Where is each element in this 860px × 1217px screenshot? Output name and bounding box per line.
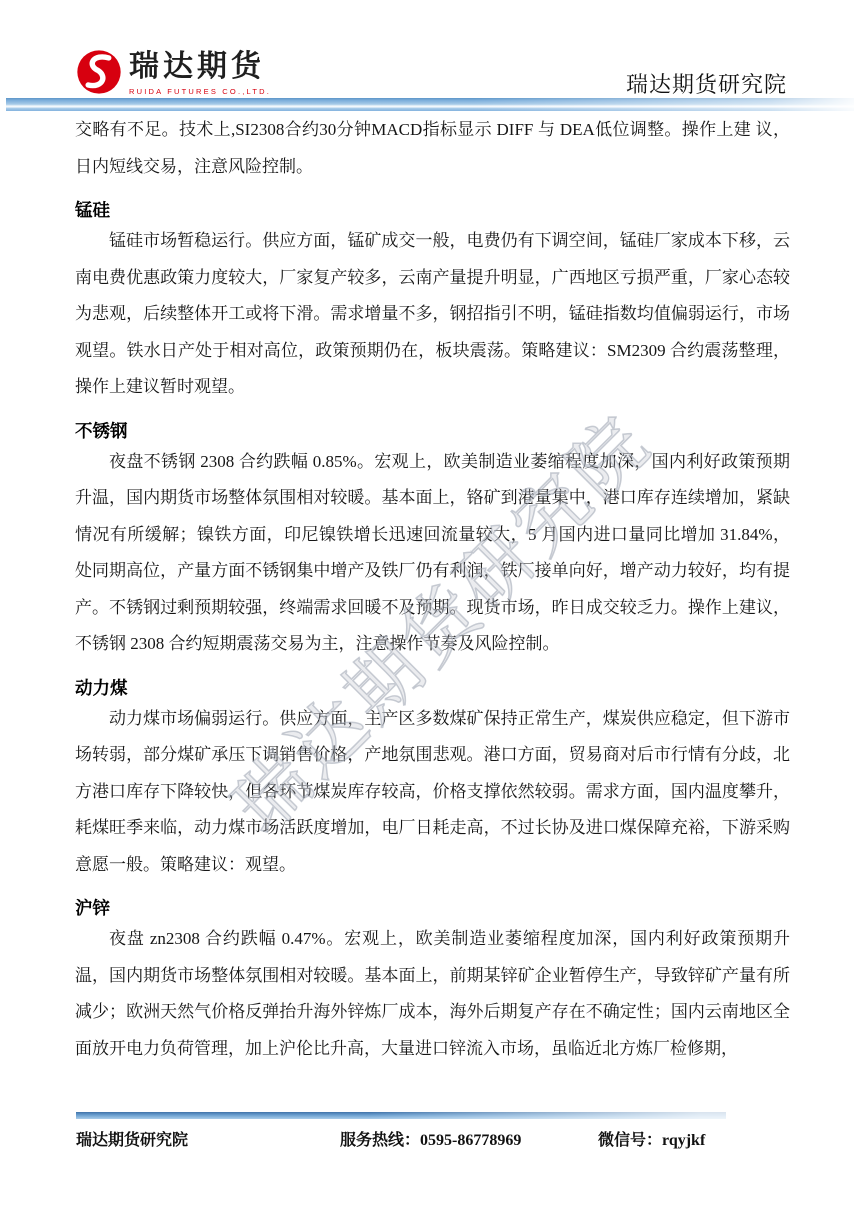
section-body: 锰硅市场暂稳运行。供应方面，锰矿成交一般，电费仍有下调空间，锰硅厂家成本下移，云… [75, 223, 790, 406]
footer-wechat-label: 微信号： [598, 1132, 662, 1149]
section-shanghai-zinc: 沪锌 夜盘 zn2308 合约跌幅 0.47%。宏观上，欧美制造业萎缩程度加深，… [75, 895, 790, 1067]
section-body: 夜盘 zn2308 合约跌幅 0.47%。宏观上，欧美制造业萎缩程度加深，国内利… [75, 921, 790, 1067]
section-stainless-steel: 不锈钢 夜盘不锈钢 2308 合约跌幅 0.85%。宏观上，欧美制造业萎缩程度加… [75, 418, 790, 663]
footer-divider-bar [76, 1112, 726, 1119]
ruida-logo-icon [73, 46, 125, 98]
section-heading: 沪锌 [75, 895, 790, 921]
brand-name-en: RUIDA FUTURES CO.,LTD. [129, 87, 271, 97]
ruida-logo: 瑞达期货 RUIDA FUTURES CO.,LTD. [73, 46, 271, 98]
footer: 瑞达期货研究院 服务热线：0595-86778969 微信号：rqyjkf [0, 1126, 860, 1156]
header-title: 瑞达期货研究院 [626, 68, 787, 99]
footer-hotline-number: 0595-86778969 [420, 1132, 521, 1149]
logo-text: 瑞达期货 RUIDA FUTURES CO.,LTD. [129, 46, 271, 97]
footer-hotline-label: 服务热线： [340, 1132, 420, 1149]
section-thermal-coal: 动力煤 动力煤市场偏弱运行。供应方面，主产区多数煤矿保持正常生产，煤炭供应稳定，… [75, 675, 790, 884]
header: 瑞达期货 RUIDA FUTURES CO.,LTD. 瑞达期货研究院 [0, 0, 860, 112]
footer-wechat-id: rqyjkf [662, 1132, 705, 1149]
section-manganese-silicon: 锰硅 锰硅市场暂稳运行。供应方面，锰矿成交一般，电费仍有下调空间，锰硅厂家成本下… [75, 197, 790, 406]
report-content: 交略有不足。技术上,SI2308合约30分钟MACD指标显示 DIFF 与 DE… [75, 112, 790, 1067]
section-body: 夜盘不锈钢 2308 合约跌幅 0.85%。宏观上，欧美制造业萎缩程度加深，国内… [75, 444, 790, 663]
intro-paragraph: 交略有不足。技术上,SI2308合约30分钟MACD指标显示 DIFF 与 DE… [75, 112, 790, 185]
brand-name-cn: 瑞达期货 [129, 48, 271, 86]
section-heading: 锰硅 [75, 197, 790, 223]
section-heading: 动力煤 [75, 675, 790, 701]
document-page: { "header": { "logo": { "brand_cn": "瑞达期… [0, 0, 860, 1217]
footer-wechat: 微信号：rqyjkf [598, 1126, 705, 1156]
section-body: 动力煤市场偏弱运行。供应方面，主产区多数煤矿保持正常生产，煤炭供应稳定，但下游市… [75, 701, 790, 884]
footer-org: 瑞达期货研究院 [76, 1126, 188, 1156]
header-divider-bar [6, 98, 854, 111]
section-heading: 不锈钢 [75, 418, 790, 444]
footer-hotline: 服务热线：0595-86778969 [340, 1126, 521, 1156]
